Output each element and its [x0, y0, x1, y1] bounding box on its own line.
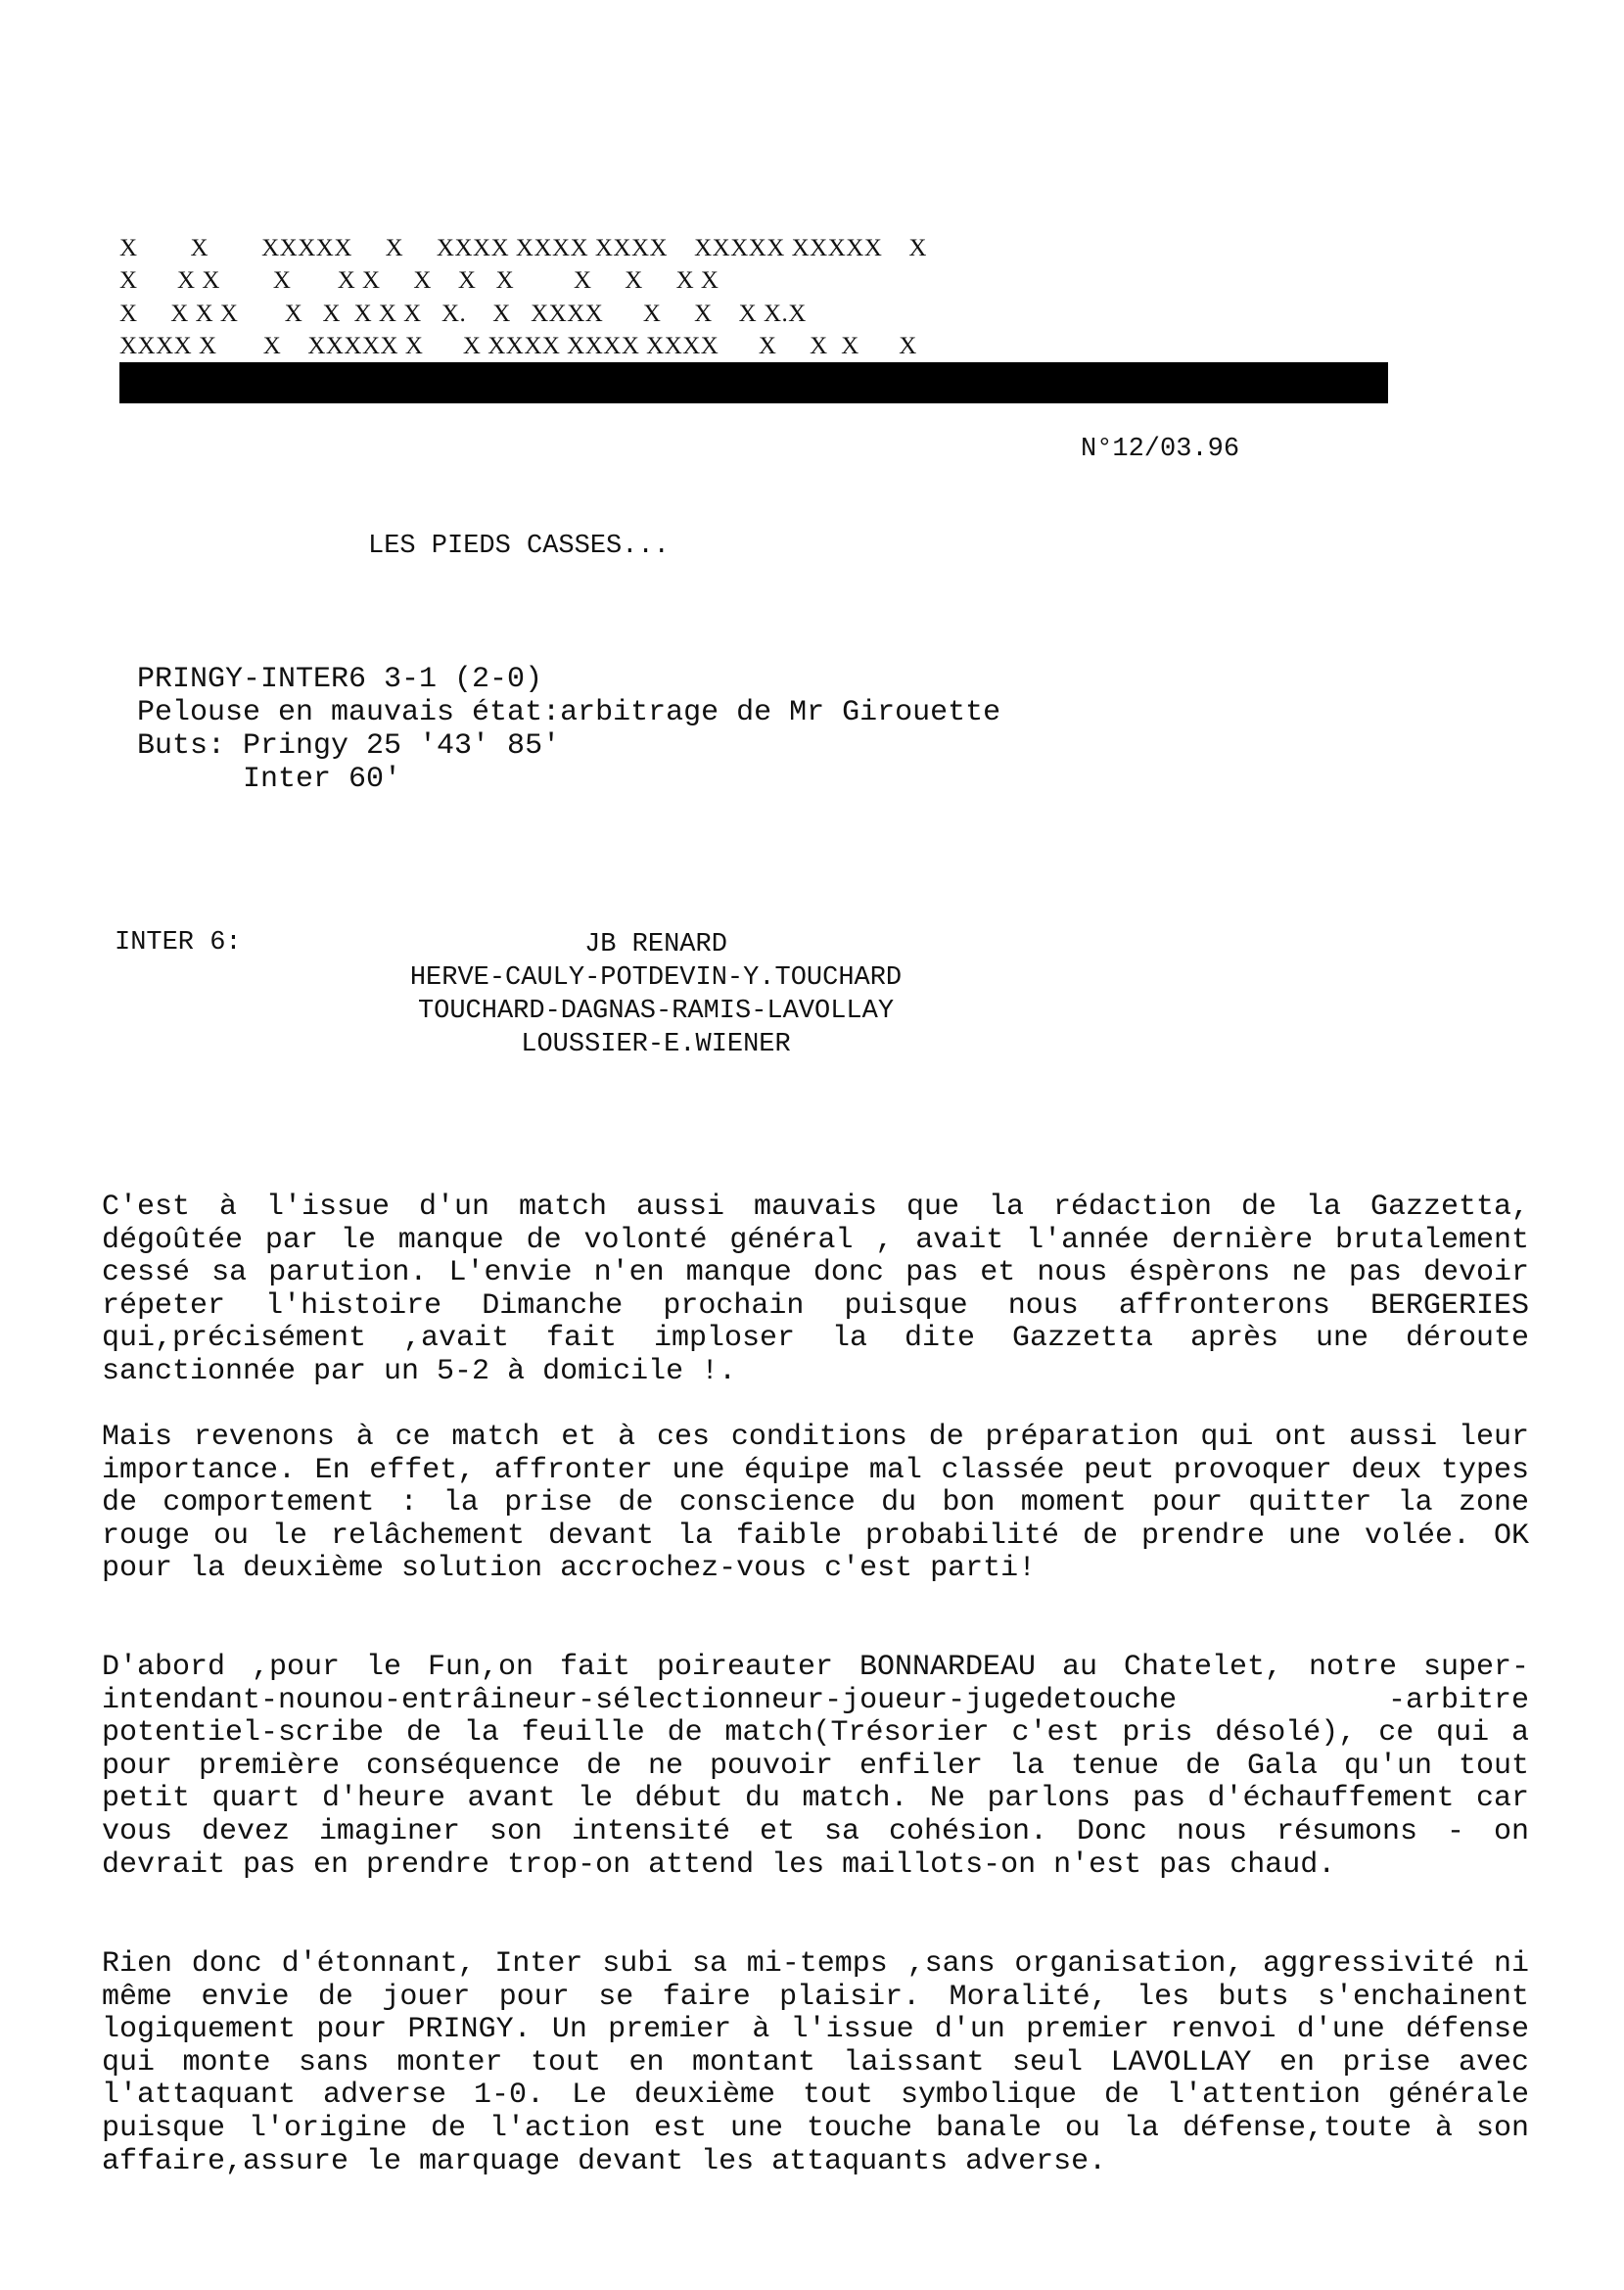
article-title: LES PIEDS CASSES... [368, 532, 670, 561]
match-summary: PRINGY-INTER6 3-1 (2-0)Pelouse en mauvai… [137, 663, 1000, 796]
masthead-rule [119, 362, 1388, 403]
lineup: JB RENARD HERVE-CAULY-POTDEVIN-Y.TOUCHAR… [343, 928, 969, 1061]
banner-row: X X X X X X X X X X. X XXXX X X X X.X [119, 299, 807, 330]
match-conditions: Pelouse en mauvais état:arbitrage de Mr … [137, 696, 1000, 729]
match-score: PRINGY-INTER6 3-1 (2-0) [137, 663, 1000, 696]
paragraph: C'est à l'issue d'un match aussi mauvais… [102, 1192, 1529, 1389]
lineup-label: INTER 6: [115, 928, 242, 958]
lineup-attack: LOUSSIER-E.WIENER [343, 1028, 969, 1061]
paragraph: Rien donc d'étonnant, Inter subi sa mi-t… [102, 1948, 1529, 2178]
issue-number: N°12/03.96 [1081, 435, 1239, 464]
paragraph: D'abord ,pour le Fun,on fait poireauter … [102, 1652, 1529, 1882]
banner-row: XXXX X X XXXXX X X XXXX XXXX XXXX X X X … [119, 331, 917, 362]
match-goals-pringy: Buts: Pringy 25 '43' 85' [137, 729, 1000, 763]
paragraph: Mais revenons à ce match et à ces condit… [102, 1422, 1529, 1586]
lineup-goalkeeper: JB RENARD [343, 928, 969, 961]
match-goals-inter: Inter 60' [137, 763, 1000, 796]
banner-row: X X XXXXX X XXXX XXXX XXXX XXXXX XXXXX X [119, 233, 927, 264]
lineup-midfield: TOUCHARD-DAGNAS-RAMIS-LAVOLLAY [343, 995, 969, 1028]
lineup-defense: HERVE-CAULY-POTDEVIN-Y.TOUCHARD [343, 961, 969, 995]
banner-row: X X X X X X X X X X X X X [119, 265, 719, 297]
